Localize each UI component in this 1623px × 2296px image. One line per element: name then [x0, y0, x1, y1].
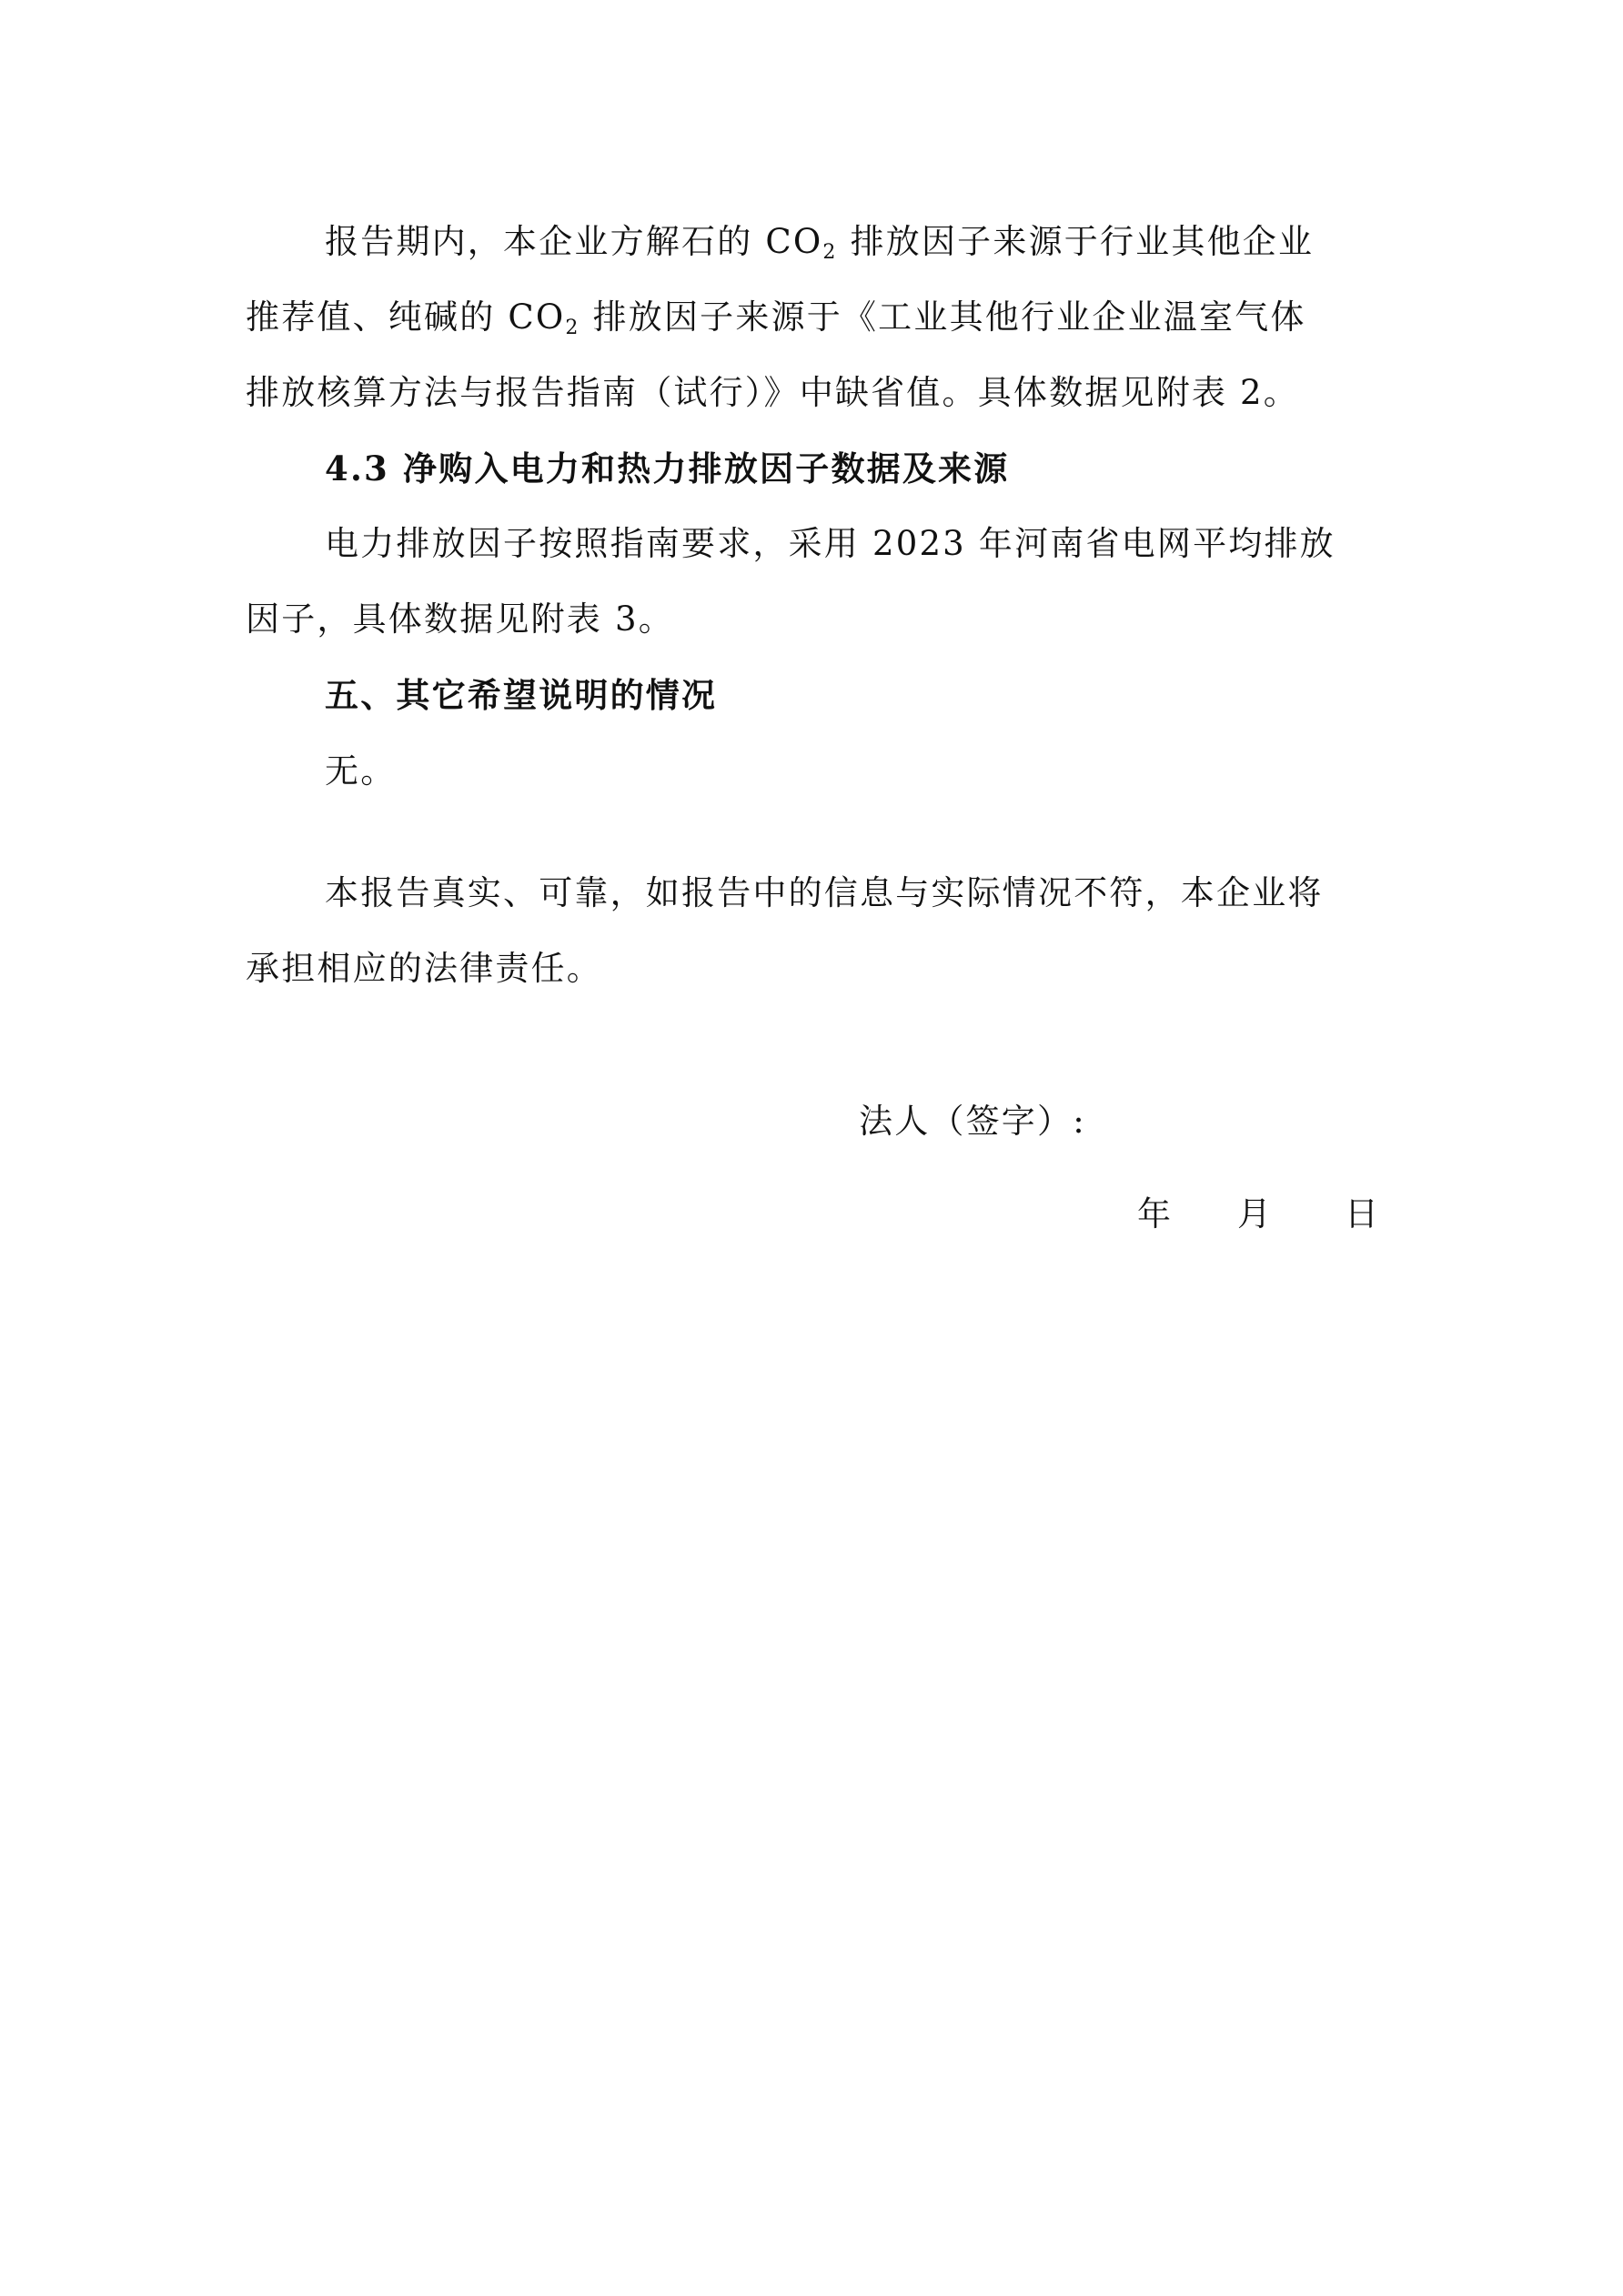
text-span: 排放因子来源于《工业其他行业企业温室气体 [580, 297, 1306, 337]
paragraph-line: 排放核算方法与报告指南（试行）》中缺省值。具体数据见附表 2。 [246, 373, 1299, 413]
paragraph-line: 报告期内，本企业方解石的 CO2 排放因子来源于行业其他企业 [325, 222, 1314, 262]
declaration-line: 本报告真实、可靠，如报告中的信息与实际情况不符，本企业将 [325, 873, 1324, 913]
paragraph-line: 无。 [325, 751, 396, 791]
paragraph-line: 推荐值、纯碱的 CO2 排放因子来源于《工业其他行业企业温室气体 [246, 297, 1306, 337]
date-day: 日 [1345, 1194, 1380, 1234]
signature-label-text: 法人（签字）: [859, 1102, 1086, 1142]
subscript: 2 [822, 241, 837, 264]
section-heading-5: 五、其它希望说明的情况 [325, 675, 717, 715]
paragraph-line: 因子，具体数据见附表 3。 [246, 599, 674, 639]
date-year: 年 [1137, 1194, 1173, 1234]
text-span: 推荐值、纯碱的 CO [246, 297, 565, 337]
declaration-line: 承担相应的法律责任。 [246, 949, 602, 989]
text-span: 排放因子来源于行业其他企业 [838, 222, 1315, 261]
text-span: 报告期内，本企业方解石的 CO [325, 222, 822, 261]
paragraph-line: 电力排放因子按照指南要求，采用 2023 年河南省电网平均排放 [325, 524, 1336, 564]
document-page: 报告期内，本企业方解石的 CO2 排放因子来源于行业其他企业 推荐值、纯碱的 C… [0, 0, 1623, 2296]
subscript: 2 [565, 317, 580, 339]
date-month: 月 [1237, 1194, 1273, 1234]
section-heading-4-3: 4.3 净购入电力和热力排放因子数据及来源 [325, 448, 1009, 488]
